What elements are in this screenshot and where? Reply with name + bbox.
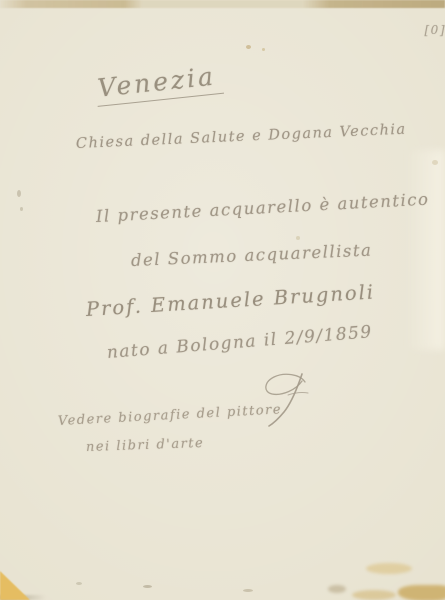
foxing-speck xyxy=(20,207,23,211)
foxing-speck xyxy=(17,190,21,197)
manuscript-page-photo: [0] Venezia Chiesa della Salute e Dogana… xyxy=(0,0,445,600)
signature-flourish-icon xyxy=(248,368,326,430)
attestation-line-1: Il presente acquarello è autentico xyxy=(96,190,430,226)
foxing-speck xyxy=(246,45,251,49)
foxing-speck xyxy=(143,585,152,588)
bottom-stain xyxy=(366,563,412,574)
page-number: [0] xyxy=(425,23,445,37)
foxing-speck xyxy=(243,589,253,592)
top-edge-mount-strip xyxy=(0,0,445,8)
bottom-left-corner-stain xyxy=(0,571,30,600)
paper-sheen xyxy=(405,150,445,350)
bottom-right-stain xyxy=(398,585,445,600)
footnote-line-2: nei libri d'arte xyxy=(86,436,205,455)
foxing-speck xyxy=(296,236,300,240)
foxing-speck xyxy=(76,582,82,585)
author-name-line: Prof. Emanuele Brugnoli xyxy=(85,280,375,321)
birth-date-line: nato a Bologna il 2/9/1859 xyxy=(106,322,373,363)
foxing-speck xyxy=(432,160,438,165)
page-title: Venezia xyxy=(94,61,223,107)
foxing-speck xyxy=(262,48,265,51)
subtitle-line: Chiesa della Salute e Dogana Vecchia xyxy=(76,122,407,152)
bottom-stain-small xyxy=(328,585,346,593)
attestation-line-2: del Sommo acquarellista xyxy=(131,240,373,270)
bottom-right-stain-light xyxy=(352,590,396,600)
